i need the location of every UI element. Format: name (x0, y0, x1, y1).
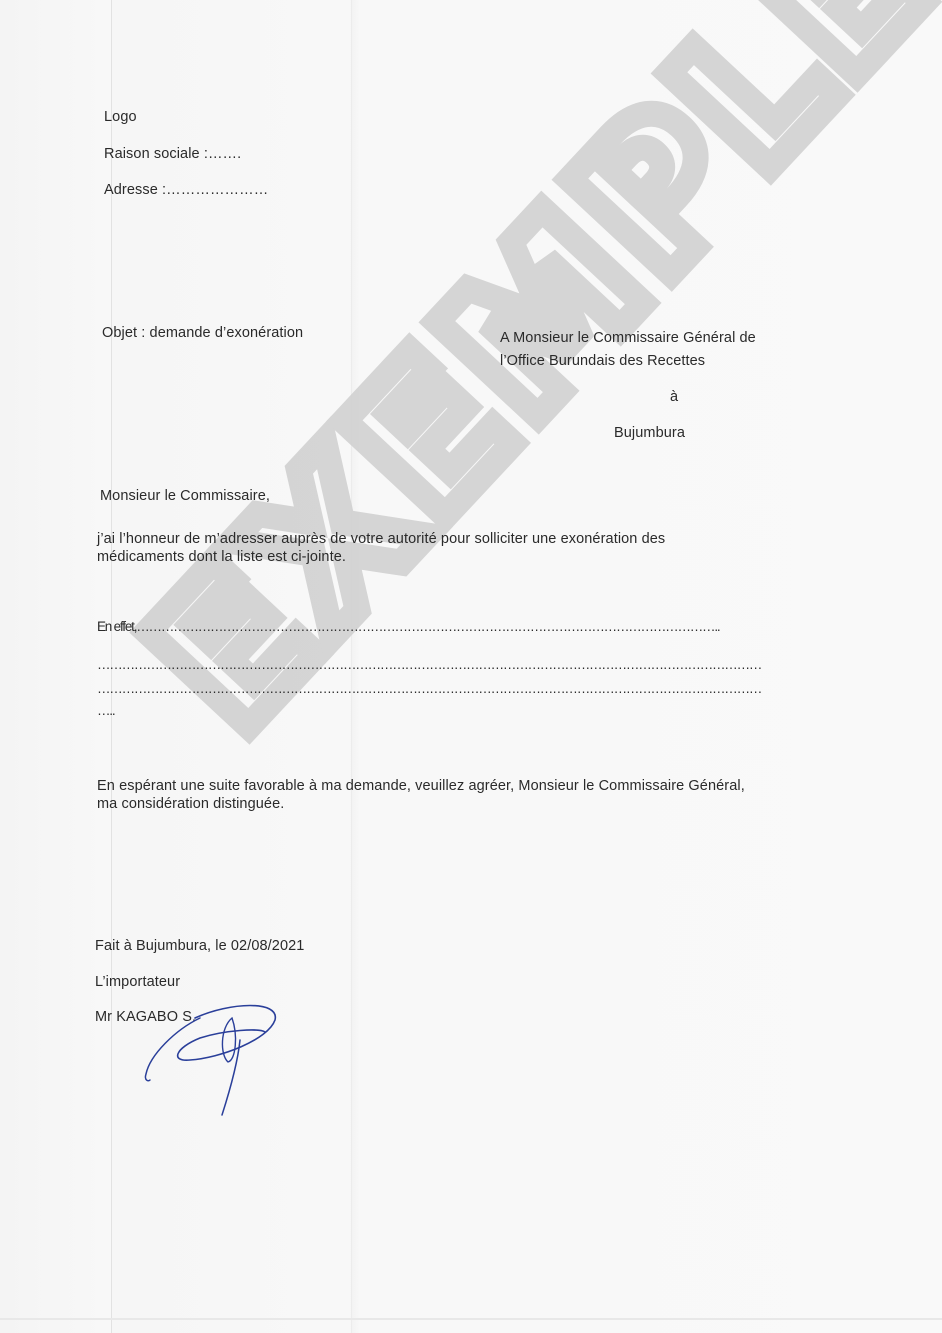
reason-dots-line: …………………………………………………………………………………………………………… (97, 680, 761, 698)
watermark: EXEMPLE (120, 0, 942, 760)
logo-placeholder: Logo (104, 108, 137, 126)
recipient-line-1: A Monsieur le Commissaire Général de (500, 329, 756, 347)
company-name-field: Raison sociale :……. (104, 145, 241, 163)
place-date: Fait à Bujumbura, le 02/08/2021 (95, 937, 304, 955)
reason-line: En effet,…………………………………………………………………………………… (97, 618, 719, 636)
body-paragraph-line: j’ai l’honneur de m’adresser auprès de v… (97, 530, 665, 548)
page-edge (0, 1318, 942, 1320)
recipient-line-2: l’Office Burundais des Recettes (500, 352, 705, 370)
body-paragraph-line: médicaments dont la liste est ci-jointe. (97, 548, 346, 566)
recipient-city: Bujumbura (614, 424, 685, 442)
recipient-line-3: à (670, 388, 678, 406)
reason-dots-line: …………………………………………………………………………………………………………… (97, 656, 761, 674)
closing-line: ma considération distinguée. (97, 795, 284, 813)
salutation: Monsieur le Commissaire, (100, 487, 270, 505)
scanned-page: EXEMPLE Logo Raison sociale :……. Adresse… (0, 0, 942, 1333)
reason-dots-line: ….. (97, 702, 114, 720)
signature-icon (140, 1000, 290, 1120)
signatory-role: L’importateur (95, 973, 180, 991)
closing-line: En espérant une suite favorable à ma dem… (97, 777, 745, 795)
address-field: Adresse :………………… (104, 181, 268, 199)
subject-line: Objet : demande d’exonération (102, 324, 303, 342)
